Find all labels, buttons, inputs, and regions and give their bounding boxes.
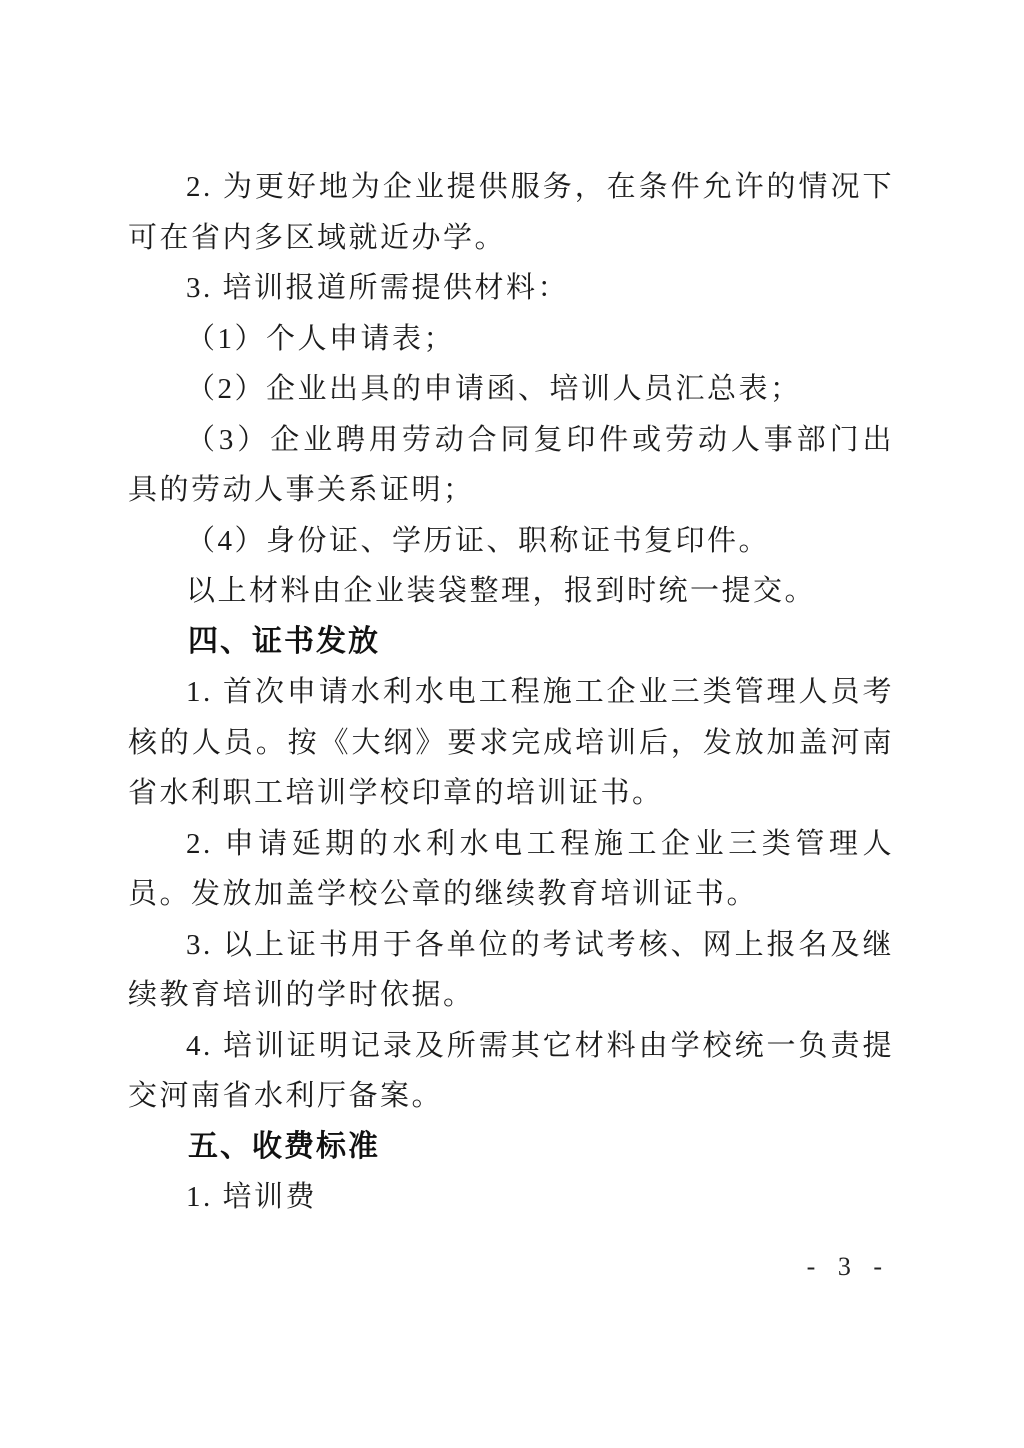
document-page: 2. 为更好地为企业提供服务，在条件允许的情况下可在省内多区域就近办学。 3. … (0, 0, 1024, 1448)
document-body: 2. 为更好地为企业提供服务，在条件允许的情况下可在省内多区域就近办学。 3. … (128, 162, 894, 1223)
section-heading-fees: 五、收费标准 (128, 1122, 894, 1173)
paragraph-material-3: （3）企业聘用劳动合同复印件或劳动人事部门出具的劳动人事关系证明； (128, 415, 894, 516)
paragraph-cert-3-usage: 3. 以上证书用于各单位的考试考核、网上报名及继续教育培训的学时依据。 (128, 920, 894, 1021)
paragraph-cert-4-records: 4. 培训证明记录及所需其它材料由学校统一负责提交河南省水利厅备案。 (128, 1021, 894, 1122)
paragraph-item-2-service: 2. 为更好地为企业提供服务，在条件允许的情况下可在省内多区域就近办学。 (128, 162, 894, 263)
paragraph-materials-submit: 以上材料由企业装袋整理，报到时统一提交。 (128, 566, 894, 617)
paragraph-material-1: （1）个人申请表； (128, 314, 894, 365)
paragraph-cert-1-first-apply: 1. 首次申请水利水电工程施工企业三类管理人员考核的人员。按《大纲》要求完成培训… (128, 667, 894, 819)
section-heading-certificates: 四、证书发放 (128, 617, 894, 668)
paragraph-material-2: （2）企业出具的申请函、培训人员汇总表； (128, 364, 894, 415)
paragraph-item-3-materials: 3. 培训报道所需提供材料： (128, 263, 894, 314)
paragraph-fee-1-training: 1. 培训费 (128, 1172, 894, 1223)
page-number: - 3 - (807, 1252, 890, 1282)
paragraph-cert-2-extension: 2. 申请延期的水利水电工程施工企业三类管理人员。发放加盖学校公章的继续教育培训… (128, 819, 894, 920)
paragraph-material-4: （4）身份证、学历证、职称证书复印件。 (128, 516, 894, 567)
